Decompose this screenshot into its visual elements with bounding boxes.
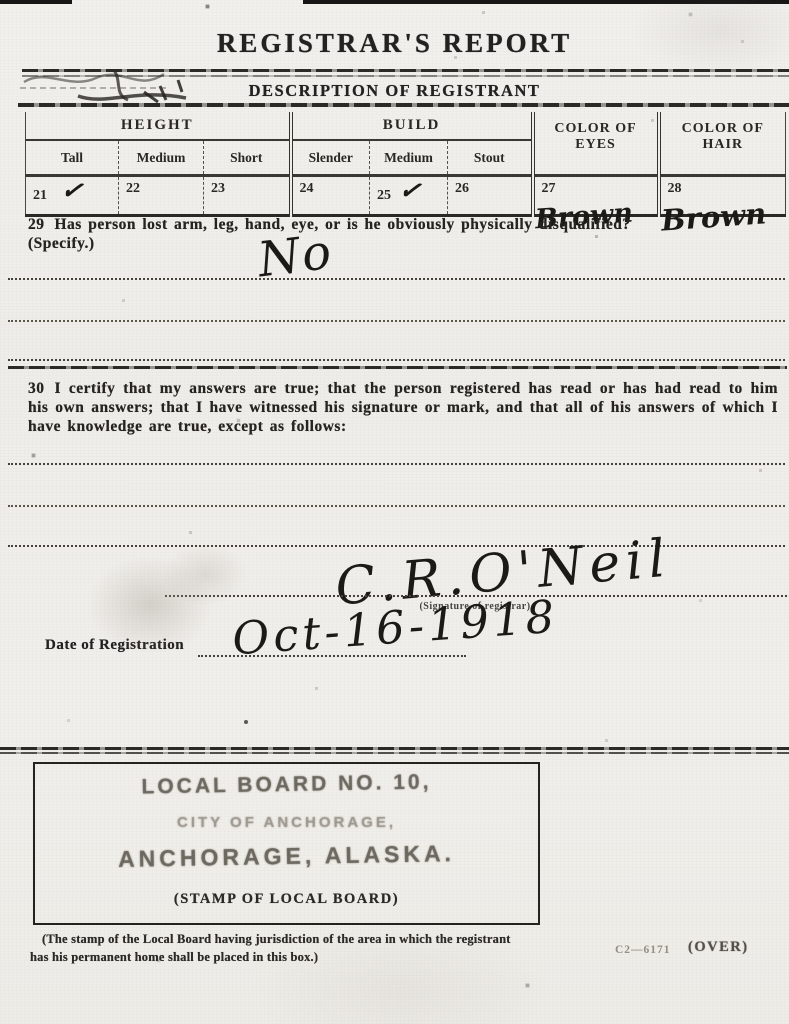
date-of-registration-label: Date of Registration [45,637,184,654]
cell-22-medium: 22 [119,175,204,215]
table-group-height: HEIGHT [26,112,291,140]
table-header-color-of-eyes: COLOR OF EYES [533,112,659,175]
ruled-dotted-line [8,320,785,322]
stamp-box-caption: (STAMP OF LOCAL BOARD) [35,891,538,908]
question-30-text: I certify that my answers are true; that… [28,380,778,435]
question-29-text: Has person lost arm, leg, hand, eye, or … [55,216,631,233]
section-heading: DESCRIPTION OF REGISTRANT [0,81,789,101]
table-header-color-of-hair: COLOR OF HAIR [659,112,786,175]
stamp-section-rule [0,747,789,750]
scan-noise-specks [0,0,1,1]
cell-26-number: 26 [455,181,469,196]
stamp-line-board-number: LOCAL BOARD NO. 10, [35,769,538,802]
cell-24-number: 24 [300,181,314,196]
stamp-line-city: CITY OF ANCHORAGE, [35,814,538,831]
registrar-report-page: REGISTRAR'S REPORT DESCRIPTION OF REGIST… [0,0,789,1024]
cell-21-number: 21 [33,188,47,203]
heading-rule [18,103,789,107]
cell-22-number: 22 [126,181,140,196]
cell-28-number: 28 [668,181,682,196]
form-number: C2—6171 [615,944,671,956]
title-rule-2 [22,75,789,77]
cell-23-number: 23 [211,181,225,196]
cell-27-eye-color: 27 Brown [533,175,659,215]
ruled-dotted-line [8,463,785,465]
over-label: (OVER) [688,939,749,956]
col-label-medium-height: Medium [119,140,204,175]
question-29: 29Has person lost arm, leg, hand, eye, o… [28,216,780,254]
tall-checkmark: ✓ [59,179,83,203]
col-label-slender: Slender [291,140,370,175]
cell-28-hair-color: 28 Brown [659,175,786,215]
cell-25-medium-build: 25 ✓ [370,175,448,215]
ruled-dotted-line [8,505,785,507]
ruled-dotted-line [8,359,785,361]
table-group-build: BUILD [291,112,533,140]
col-label-tall: Tall [26,140,119,175]
cell-21-tall: 21 ✓ [26,175,119,215]
title-rule [22,69,789,72]
cell-26-stout: 26 [448,175,533,215]
stamp-section-rule-2 [0,752,789,754]
question-29-specify-label: (Specify.) [28,235,780,254]
col-label-medium-build: Medium [370,140,448,175]
question-30-number: 30 [28,380,45,397]
ruled-dotted-line [8,278,785,280]
medium-build-checkmark: ✓ [397,179,421,203]
local-board-stamp-box: LOCAL BOARD NO. 10, CITY OF ANCHORAGE, A… [33,762,540,925]
ink-speck [244,720,248,724]
stamp-line-anchorage-alaska: ANCHORAGE, ALASKA. [35,839,538,875]
scan-edge-line-left [0,0,72,4]
stamp-instruction-note: (The stamp of the Local Board having jur… [30,931,520,966]
cell-27-number: 27 [542,181,556,196]
cell-23-short: 23 [204,175,291,215]
col-label-short: Short [204,140,291,175]
col-label-stout: Stout [448,140,533,175]
question-29-number: 29 [28,216,45,233]
question-30: 30I certify that my answers are true; th… [28,380,778,437]
cell-24-slender: 24 [291,175,370,215]
cell-25-number: 25 [377,188,391,203]
scan-edge-line-right [303,0,789,4]
section-divider-rule [8,366,787,369]
description-table: HEIGHT BUILD COLOR OF EYES COLOR OF HAIR… [25,112,786,217]
